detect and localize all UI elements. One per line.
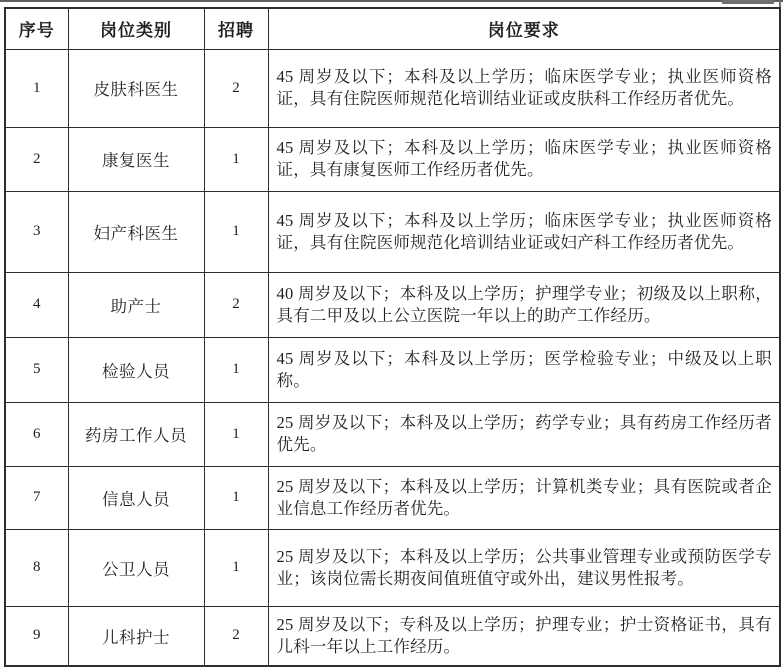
- cell-position-requirements: 45 周岁及以下；本科及以上学历；临床医学专业；执业医师资格证，具有康复医师工作…: [268, 127, 780, 191]
- cell-position-requirements: 25 周岁及以下；本科及以上学历；计算机类专业；具有医院或者企业信息工作经历者优…: [268, 466, 780, 529]
- top-edge-rule: [0, 0, 783, 2]
- cell-position-requirements: 25 周岁及以下；本科及以上学历；药学专业；具有药房工作经历者优先。: [268, 402, 780, 466]
- cell-position-category: 药房工作人员: [68, 402, 204, 466]
- cell-serial-number: 2: [5, 127, 68, 191]
- cell-serial-number: 7: [5, 466, 68, 529]
- cell-serial-number: 4: [5, 272, 68, 337]
- cell-recruit-count: 2: [204, 272, 268, 337]
- cell-serial-number: 5: [5, 337, 68, 402]
- page: 序号 岗位类别 招聘 岗位要求 1 皮肤科医生 2 45 周岁及以下；本科及以上…: [0, 0, 783, 667]
- table-body: 1 皮肤科医生 2 45 周岁及以下；本科及以上学历；临床医学专业；执业医师资格…: [5, 49, 780, 666]
- cell-recruit-count: 1: [204, 337, 268, 402]
- cell-serial-number: 1: [5, 49, 68, 127]
- header-serial-number: 序号: [5, 8, 68, 49]
- cell-serial-number: 3: [5, 191, 68, 272]
- cell-position-category: 康复医生: [68, 127, 204, 191]
- job-positions-table: 序号 岗位类别 招聘 岗位要求 1 皮肤科医生 2 45 周岁及以下；本科及以上…: [4, 7, 781, 667]
- cell-position-requirements: 25 周岁及以下；专科及以上学历；护理专业；护士资格证书，具有儿科一年以上工作经…: [268, 606, 780, 666]
- cell-serial-number: 6: [5, 402, 68, 466]
- table-row: 7 信息人员 1 25 周岁及以下；本科及以上学历；计算机类专业；具有医院或者企…: [5, 466, 780, 529]
- cell-serial-number: 8: [5, 529, 68, 606]
- header-position-requirements: 岗位要求: [268, 8, 780, 49]
- cell-position-category: 妇产科医生: [68, 191, 204, 272]
- cell-position-category: 助产士: [68, 272, 204, 337]
- cell-position-requirements: 45 周岁及以下；本科及以上学历；临床医学专业；执业医师资格证，具有住院医师规范…: [268, 191, 780, 272]
- top-edge-thick-segment: [722, 0, 774, 4]
- cell-position-requirements: 45 周岁及以下；本科及以上学历；医学检验专业；中级及以上职称。: [268, 337, 780, 402]
- cell-position-category: 皮肤科医生: [68, 49, 204, 127]
- cell-recruit-count: 1: [204, 127, 268, 191]
- cell-recruit-count: 1: [204, 529, 268, 606]
- cell-position-requirements: 25 周岁及以下；本科及以上学历；公共事业管理专业或预防医学专业；该岗位需长期夜…: [268, 529, 780, 606]
- table-row: 2 康复医生 1 45 周岁及以下；本科及以上学历；临床医学专业；执业医师资格证…: [5, 127, 780, 191]
- cell-recruit-count: 2: [204, 49, 268, 127]
- table-row: 5 检验人员 1 45 周岁及以下；本科及以上学历；医学检验专业；中级及以上职称…: [5, 337, 780, 402]
- cell-recruit-count: 2: [204, 606, 268, 666]
- table-row: 4 助产士 2 40 周岁及以下；本科及以上学历；护理学专业；初级及以上职称，具…: [5, 272, 780, 337]
- header-position-category: 岗位类别: [68, 8, 204, 49]
- cell-recruit-count: 1: [204, 402, 268, 466]
- table-row: 3 妇产科医生 1 45 周岁及以下；本科及以上学历；临床医学专业；执业医师资格…: [5, 191, 780, 272]
- table-row: 6 药房工作人员 1 25 周岁及以下；本科及以上学历；药学专业；具有药房工作经…: [5, 402, 780, 466]
- cell-position-category: 检验人员: [68, 337, 204, 402]
- header-recruit-count: 招聘: [204, 8, 268, 49]
- cell-position-category: 儿科护士: [68, 606, 204, 666]
- header-row: 序号 岗位类别 招聘 岗位要求: [5, 8, 780, 49]
- cell-recruit-count: 1: [204, 191, 268, 272]
- table-row: 9 儿科护士 2 25 周岁及以下；专科及以上学历；护理专业；护士资格证书，具有…: [5, 606, 780, 666]
- cell-position-category: 信息人员: [68, 466, 204, 529]
- cell-serial-number: 9: [5, 606, 68, 666]
- cell-recruit-count: 1: [204, 466, 268, 529]
- table-row: 8 公卫人员 1 25 周岁及以下；本科及以上学历；公共事业管理专业或预防医学专…: [5, 529, 780, 606]
- cell-position-requirements: 40 周岁及以下；本科及以上学历；护理学专业；初级及以上职称，具有二甲及以上公立…: [268, 272, 780, 337]
- table-row: 1 皮肤科医生 2 45 周岁及以下；本科及以上学历；临床医学专业；执业医师资格…: [5, 49, 780, 127]
- cell-position-requirements: 45 周岁及以下；本科及以上学历；临床医学专业；执业医师资格证，具有住院医师规范…: [268, 49, 780, 127]
- cell-position-category: 公卫人员: [68, 529, 204, 606]
